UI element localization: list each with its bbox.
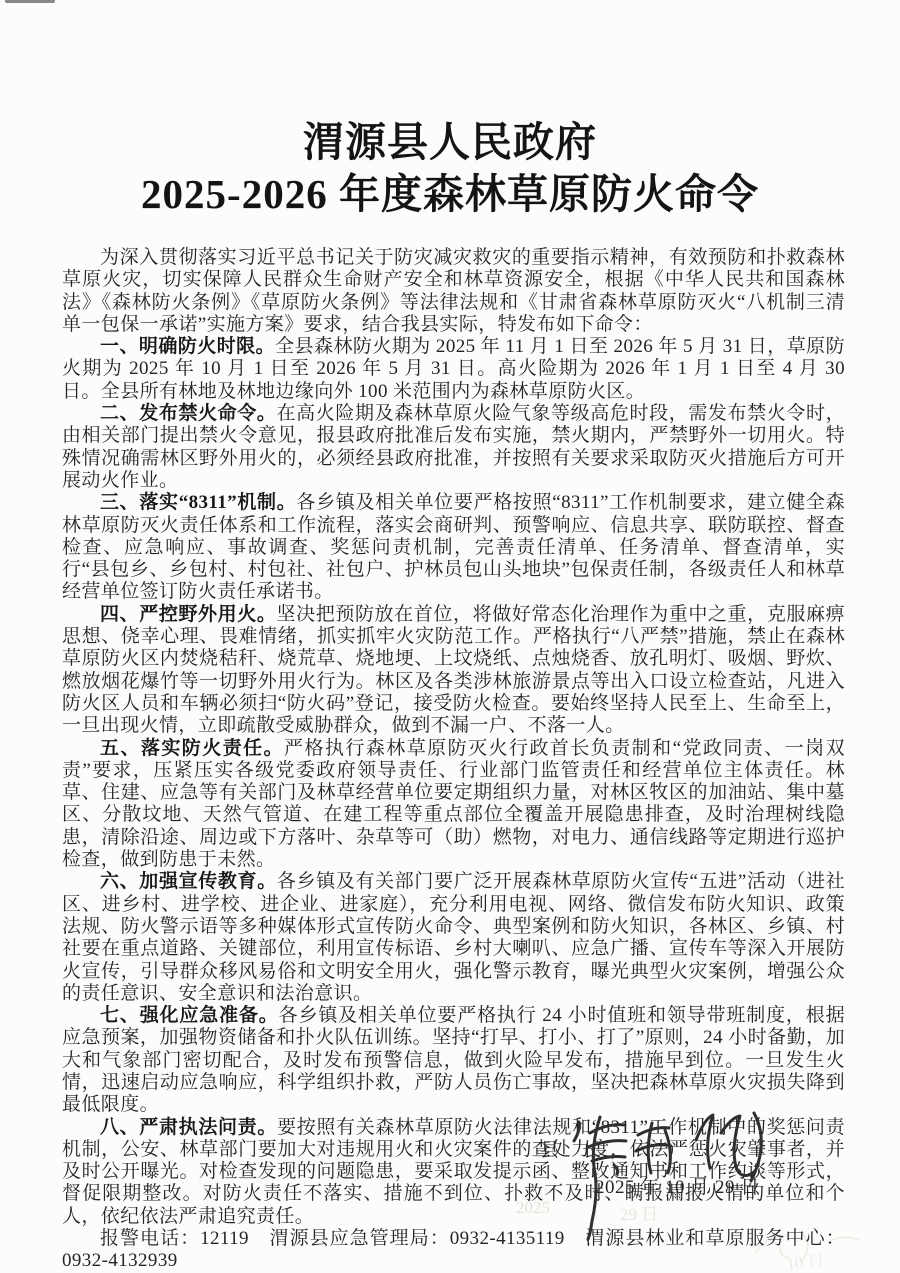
section-7: 七、强化应急准备。各乡镇及相关单位要严格执行 24 小时值班和领导带班制度，根据… (62, 1005, 845, 1116)
section-1-heading: 一、明确防火时限。 (100, 336, 275, 357)
title-line-2: 2025-2026 年度森林草原防火命令 (0, 168, 900, 220)
signature-date: 2025 年 10 月 29 日 (595, 1172, 760, 1199)
section-7-heading: 七、强化应急准备。 (100, 1005, 279, 1026)
title-line-1: 渭源县人民政府 (0, 116, 900, 168)
section-2-heading: 二、发布禁火命令。 (100, 403, 277, 424)
scanned-document-page: 渭源县人民政府 2025-2026 年度森林草原防火命令 为深入贯彻落实习近平总… (0, 0, 900, 1273)
section-1: 一、明确防火时限。全县森林防火期为 2025 年 11 月 1 日至 2026 … (62, 336, 845, 403)
section-4-heading: 四、严控野外用火。 (100, 604, 277, 625)
section-2: 二、发布禁火命令。在高火险期及森林草原火险气象等级高危时段，需发布禁火令时，由相… (62, 403, 845, 492)
section-5-heading: 五、落实防火责任。 (100, 738, 284, 759)
section-3: 三、落实“8311”机制。各乡镇及相关单位要严格按照“8311”工作机制要求，建… (62, 492, 845, 603)
section-3-heading: 三、落实“8311”机制。 (100, 492, 296, 513)
section-5: 五、落实防火责任。严格执行森林草原防灭火行政首长负责制和“党政同责、一岗双责”要… (62, 738, 845, 872)
scan-edge-artifact (5, 0, 55, 3)
intro-paragraph: 为深入贯彻落实习近平总书记关于防灾减灾救灾的重要指示精神，有效预防和扑救森林草原… (62, 247, 845, 336)
section-4: 四、严控野外用火。坚决把预防放在首位，将做好常态化治理作为重中之重，克服麻痹思想… (62, 604, 845, 738)
section-6-heading: 六、加强宣传教育。 (100, 871, 277, 892)
bleed-through-squiggle (748, 1222, 868, 1267)
document-title: 渭源县人民政府 2025-2026 年度森林草原防火命令 (0, 116, 900, 220)
section-8-heading: 八、严肃执法问责。 (100, 1117, 277, 1138)
section-6: 六、加强宣传教育。各乡镇及有关部门要广泛开展森林草原防火宣传“五进”活动（进社区… (62, 871, 845, 1005)
